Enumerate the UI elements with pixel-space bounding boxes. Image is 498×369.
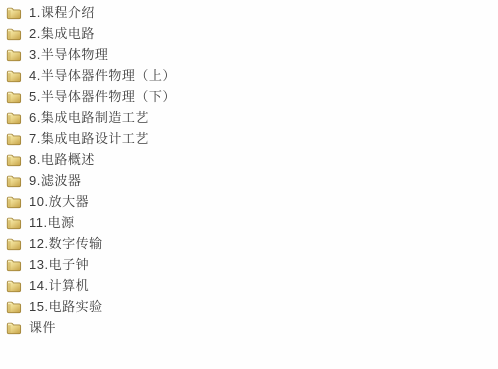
folder-list: 1.课程介绍 2.集成电路 3.半导体物理 4.半导体器件物理（上） 5.半导体…	[0, 0, 498, 338]
folder-row-16[interactable]: 课件	[4, 317, 498, 338]
folder-label: 12.数字传输	[29, 233, 103, 254]
folder-label: 8.电路概述	[29, 149, 95, 170]
folder-label: 6.集成电路制造工艺	[29, 107, 149, 128]
folder-icon	[6, 257, 22, 273]
folder-row-14[interactable]: 14.计算机	[4, 275, 498, 296]
folder-icon	[6, 47, 22, 63]
folder-label: 14.计算机	[29, 275, 89, 296]
folder-icon	[6, 26, 22, 42]
folder-row-12[interactable]: 12.数字传输	[4, 233, 498, 254]
folder-label: 3.半导体物理	[29, 44, 108, 65]
folder-label: 5.半导体器件物理（下）	[29, 86, 176, 107]
folder-label: 2.集成电路	[29, 23, 95, 44]
folder-row-6[interactable]: 6.集成电路制造工艺	[4, 107, 498, 128]
folder-icon	[6, 131, 22, 147]
folder-label: 4.半导体器件物理（上）	[29, 65, 176, 86]
folder-row-10[interactable]: 10.放大器	[4, 191, 498, 212]
folder-row-1[interactable]: 1.课程介绍	[4, 2, 498, 23]
folder-row-7[interactable]: 7.集成电路设计工艺	[4, 128, 498, 149]
folder-label: 课件	[29, 317, 56, 338]
folder-icon	[6, 173, 22, 189]
folder-label: 15.电路实验	[29, 296, 103, 317]
folder-icon	[6, 110, 22, 126]
folder-row-13[interactable]: 13.电子钟	[4, 254, 498, 275]
folder-row-15[interactable]: 15.电路实验	[4, 296, 498, 317]
folder-row-8[interactable]: 8.电路概述	[4, 149, 498, 170]
folder-label: 13.电子钟	[29, 254, 89, 275]
folder-label: 1.课程介绍	[29, 2, 95, 23]
folder-icon	[6, 320, 22, 336]
folder-row-4[interactable]: 4.半导体器件物理（上）	[4, 65, 498, 86]
folder-icon	[6, 152, 22, 168]
folder-icon	[6, 5, 22, 21]
folder-icon	[6, 215, 22, 231]
folder-row-9[interactable]: 9.滤波器	[4, 170, 498, 191]
folder-icon	[6, 278, 22, 294]
folder-row-11[interactable]: 11.电源	[4, 212, 498, 233]
folder-row-5[interactable]: 5.半导体器件物理（下）	[4, 86, 498, 107]
folder-icon	[6, 194, 22, 210]
folder-label: 9.滤波器	[29, 170, 81, 191]
folder-icon	[6, 89, 22, 105]
folder-row-3[interactable]: 3.半导体物理	[4, 44, 498, 65]
folder-icon	[6, 299, 22, 315]
folder-label: 7.集成电路设计工艺	[29, 128, 149, 149]
folder-row-2[interactable]: 2.集成电路	[4, 23, 498, 44]
folder-icon	[6, 236, 22, 252]
folder-label: 11.电源	[29, 212, 75, 233]
folder-label: 10.放大器	[29, 191, 89, 212]
folder-icon	[6, 68, 22, 84]
